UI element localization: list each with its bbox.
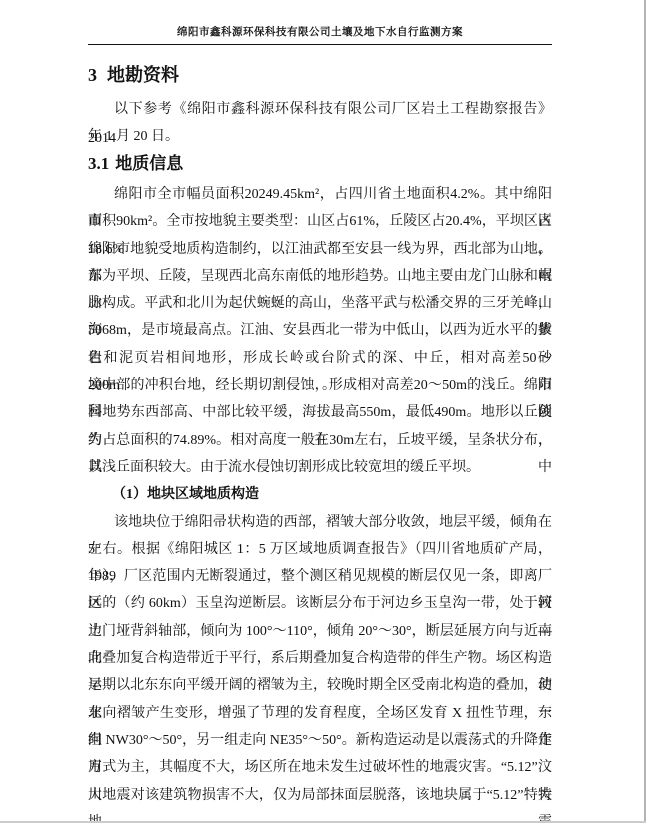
- doc-line: 园地势东西部高、中部比较平缓，海拔最高550m，最低490m。地形以丘陵为主，: [88, 399, 552, 426]
- doc-line: 向叠加复合构造带近于平行，系后期叠加复合构造带的伴生产物。场区构造运动: [88, 645, 552, 672]
- doc-line: 绵阳市地貌受地质构造制约，以江油武都至安县一线为界，西北部为山地，东南: [88, 236, 552, 263]
- section-number: 3: [88, 65, 97, 85]
- doc-line: 向 NW30°～50°，另一组走向 NE35°～50°。新构造运动是以震荡式的升…: [88, 727, 552, 754]
- doc-line: 绵阳市全市幅员面积20249.45km²，占四川省土地面积4.2%。其中绵阳市区: [88, 181, 552, 208]
- doc-line: 东向褶皱产生变形，增强了节理的发育程度，全场区发育 X 扭性节理，一组走: [88, 700, 552, 727]
- section-title: 地勘资料: [107, 65, 179, 85]
- doc-line: 年 1 月 20 日。: [88, 123, 552, 150]
- doc-line: 该地块位于绵阳帚状构造的西部，褶皱大部分收敛，地层平缓，倾角在 5°: [88, 509, 552, 536]
- sub-subsection-heading: （1）地块区域地质构造: [88, 481, 552, 508]
- doc-line: 以下参考《绵阳市鑫科源环保科技有限公司厂区岩土工程勘察报告》2014: [88, 96, 552, 123]
- doc-line: 土门垭背斜轴部，倾向为 100°～110°，倾角 20°～30°，断层延展方向与…: [88, 618, 552, 645]
- page-header-title: 绵阳市鑫科源环保科技有限公司土壤及地下水自行监测方案: [88, 26, 552, 40]
- body-paragraphs: 绵阳市全市幅员面积20249.45km²，占四川省土地面积4.2%。其中绵阳市区…: [88, 181, 552, 809]
- doc-line: 年），厂区范围内无断裂通过，整个测区稍见规模的断层仅见一条，即离厂区较: [88, 563, 552, 590]
- doc-line: 部为平坝、丘陵，呈现西北高东南低的地形趋势。山地主要由龙门山脉和岷山山: [88, 263, 552, 290]
- header-divider: [88, 44, 552, 45]
- doc-line: 岩和泥页岩相间地形，形成长岭或台阶式的深、中丘，相对高差50～200m。市: [88, 345, 552, 372]
- intro-paragraph: 以下参考《绵阳市鑫科源环保科技有限公司厂区岩土工程勘察报告》2014 年 1 月…: [88, 96, 552, 151]
- doc-line: 大地震对该建筑物损害不大，仅为局部抹面层脱落，该地块属于“5.12”特大地震: [88, 782, 552, 809]
- doc-line: 远的（约 60km）玉皇沟逆断层。该断层分布于河边乡玉皇沟一带，处于河边—: [88, 590, 552, 617]
- subsection-title: 地质信息: [115, 154, 183, 173]
- doc-line: 脉构成。平武和北川为起伏蜿蜒的高山，坐落平武与松潘交界的三牙羌峰，海拔: [88, 290, 552, 317]
- doc-line: 境中部的冲积台地，经长期切割侵蚀，形成相对高差20～50m的浅丘。绵阳科创: [88, 372, 552, 399]
- doc-line: 5068m，是市境最高点。江油、安县西北一带为中低山，以西为近水平的紫色砂: [88, 317, 552, 344]
- subsection-heading: 3.1地质信息: [88, 152, 552, 176]
- subsection-number: 3.1: [88, 154, 109, 173]
- doc-line: 方式为主，其幅度不大，场区所在地未发生过破坏性的地震灾害。“5.12”汶川特: [88, 754, 552, 781]
- doc-line: 左右。根据《绵阳城区 1：5 万区域地质调查报告》（四川省地质矿产局，1989: [88, 536, 552, 563]
- doc-line: 面积90km²。全市按地貌主要类型：山区占61%，丘陵区占20.4%，平坝区占1…: [88, 208, 552, 235]
- doc-line: 早期以北东东向平缓开阔的褶皱为主，较晚时期全区受南北构造的叠加，使北东: [88, 672, 552, 699]
- section-heading: 3地勘资料: [88, 63, 552, 87]
- doc-line: 约占总面积的74.89%。相对高度一般在30m左右，丘坡平缓，呈条状分布，其中: [88, 427, 552, 454]
- page: 绵阳市鑫科源环保科技有限公司土壤及地下水自行监测方案 3地勘资料 以下参考《绵阳…: [0, 0, 646, 823]
- document-page: { "colors": { "text": "#111111", "rule":…: [0, 0, 646, 823]
